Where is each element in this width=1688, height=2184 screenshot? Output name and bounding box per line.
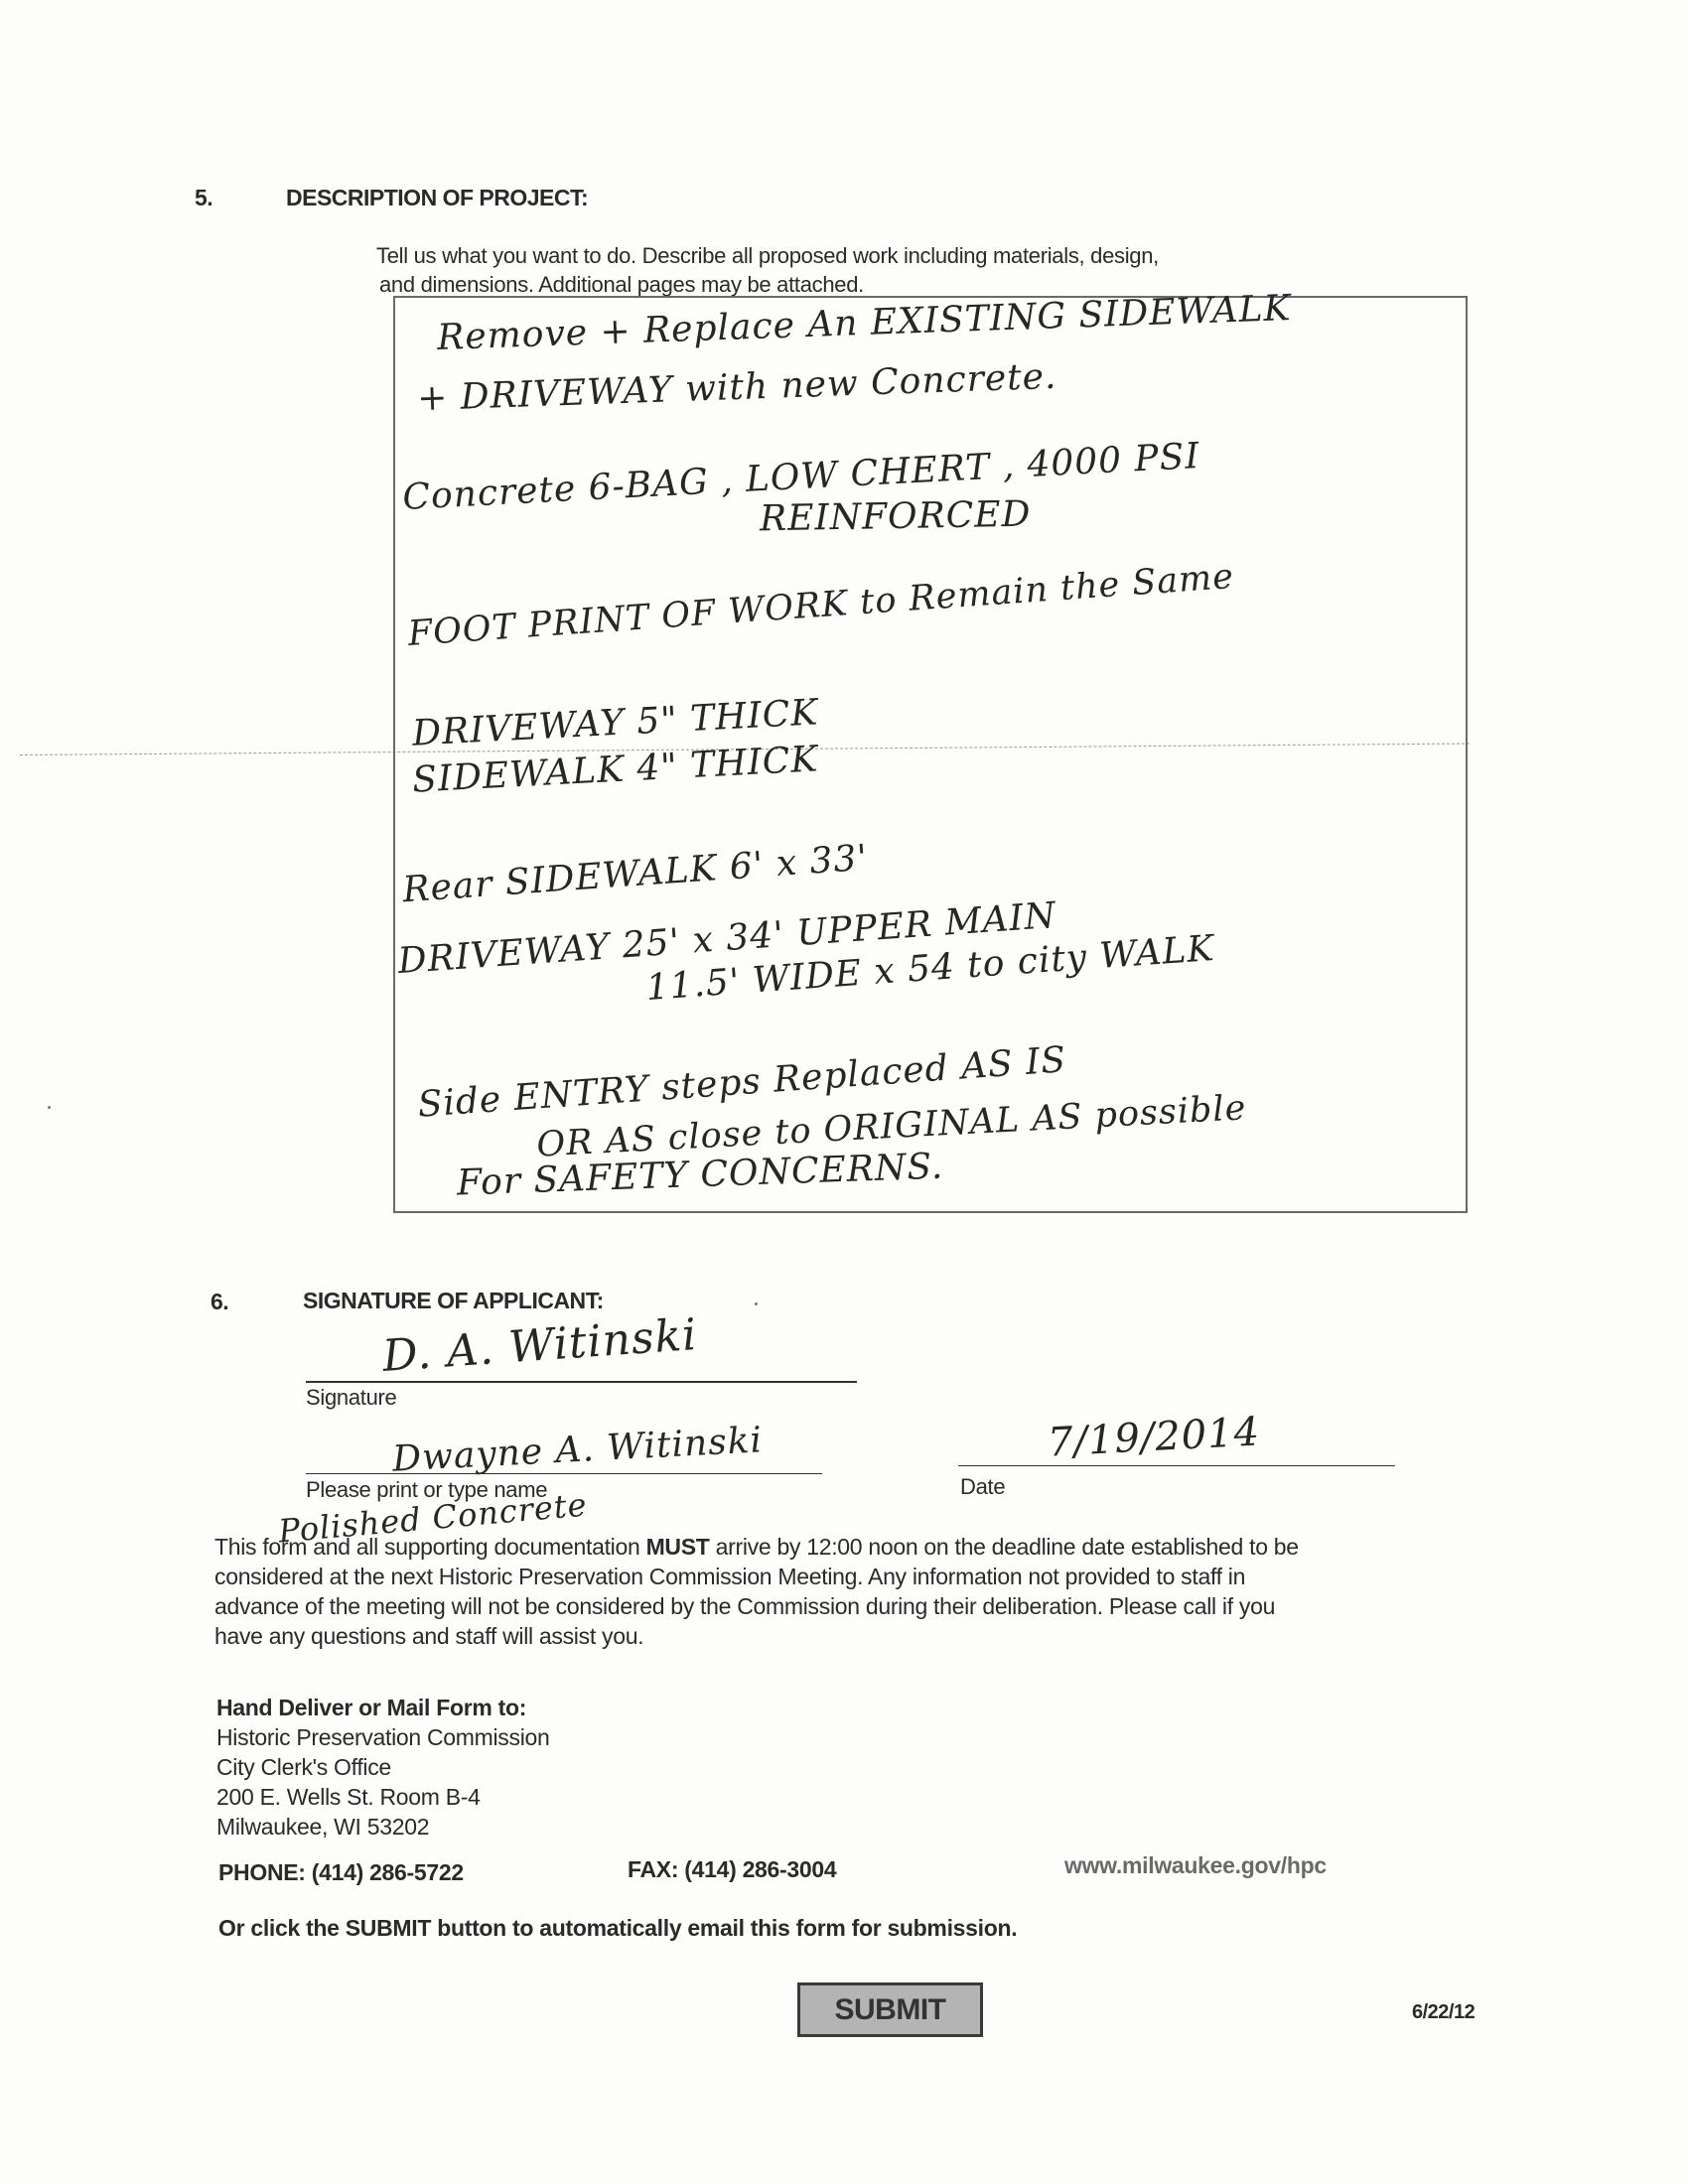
signature-line[interactable] [306,1381,857,1383]
section-6-title: SIGNATURE OF APPLICANT: [303,1288,604,1314]
section-5-number: 5. [195,185,212,211]
mailing-line: Milwaukee, WI 53202 [216,1812,550,1842]
notice-line-4: have any questions and staff will assist… [214,1621,1505,1651]
signature-value: D. A. Witinski [381,1309,699,1382]
submission-notice: This form and all supporting documentati… [214,1532,1505,1651]
form-revision-date: 6/22/12 [1412,2001,1475,2024]
printed-name-line[interactable] [306,1473,822,1474]
section-5-instructions-line-2: and dimensions. Additional pages may be … [379,270,864,299]
submit-instruction: Or click the SUBMIT button to automatica… [218,1915,1017,1942]
notice-line-3: advance of the meeting will not be consi… [214,1591,1505,1621]
date-value: 7/19/2014 [1047,1409,1261,1465]
scan-speck [48,1106,51,1109]
date-line[interactable] [958,1465,1395,1466]
notice-line-1-rest: arrive by 12:00 noon on the deadline dat… [710,1534,1299,1560]
mailing-line: 200 E. Wells St. Room B-4 [216,1782,550,1812]
printed-name-value: Dwayne A. Witinski [391,1420,764,1479]
fax-number: FAX: (414) 286-3004 [628,1856,836,1883]
mailing-line: Historic Preservation Commission [216,1722,550,1752]
website-link[interactable]: www.milwaukee.gov/hpc [1064,1852,1327,1879]
section-5-title: DESCRIPTION OF PROJECT: [286,185,588,211]
scan-speck [755,1302,758,1305]
mailing-address-block: Hand Deliver or Mail Form to: Historic P… [216,1693,550,1842]
notice-prefix: This form and all supporting documentati… [214,1534,646,1560]
handwritten-line: REINFORCED [760,494,1032,540]
signature-label: Signature [306,1385,396,1411]
notice-emphasis: MUST [646,1534,710,1560]
notice-line-2: considered at the next Historic Preserva… [214,1562,1505,1591]
section-6-number: 6. [211,1289,228,1315]
mailing-line: City Clerk's Office [216,1752,550,1782]
submit-button[interactable]: SUBMIT [797,1982,983,2037]
section-5-instructions-line-1: Tell us what you want to do. Describe al… [376,241,1159,270]
mailing-heading: Hand Deliver or Mail Form to: [216,1693,550,1722]
phone-number: PHONE: (414) 286-5722 [218,1859,464,1886]
date-label: Date [960,1474,1005,1500]
